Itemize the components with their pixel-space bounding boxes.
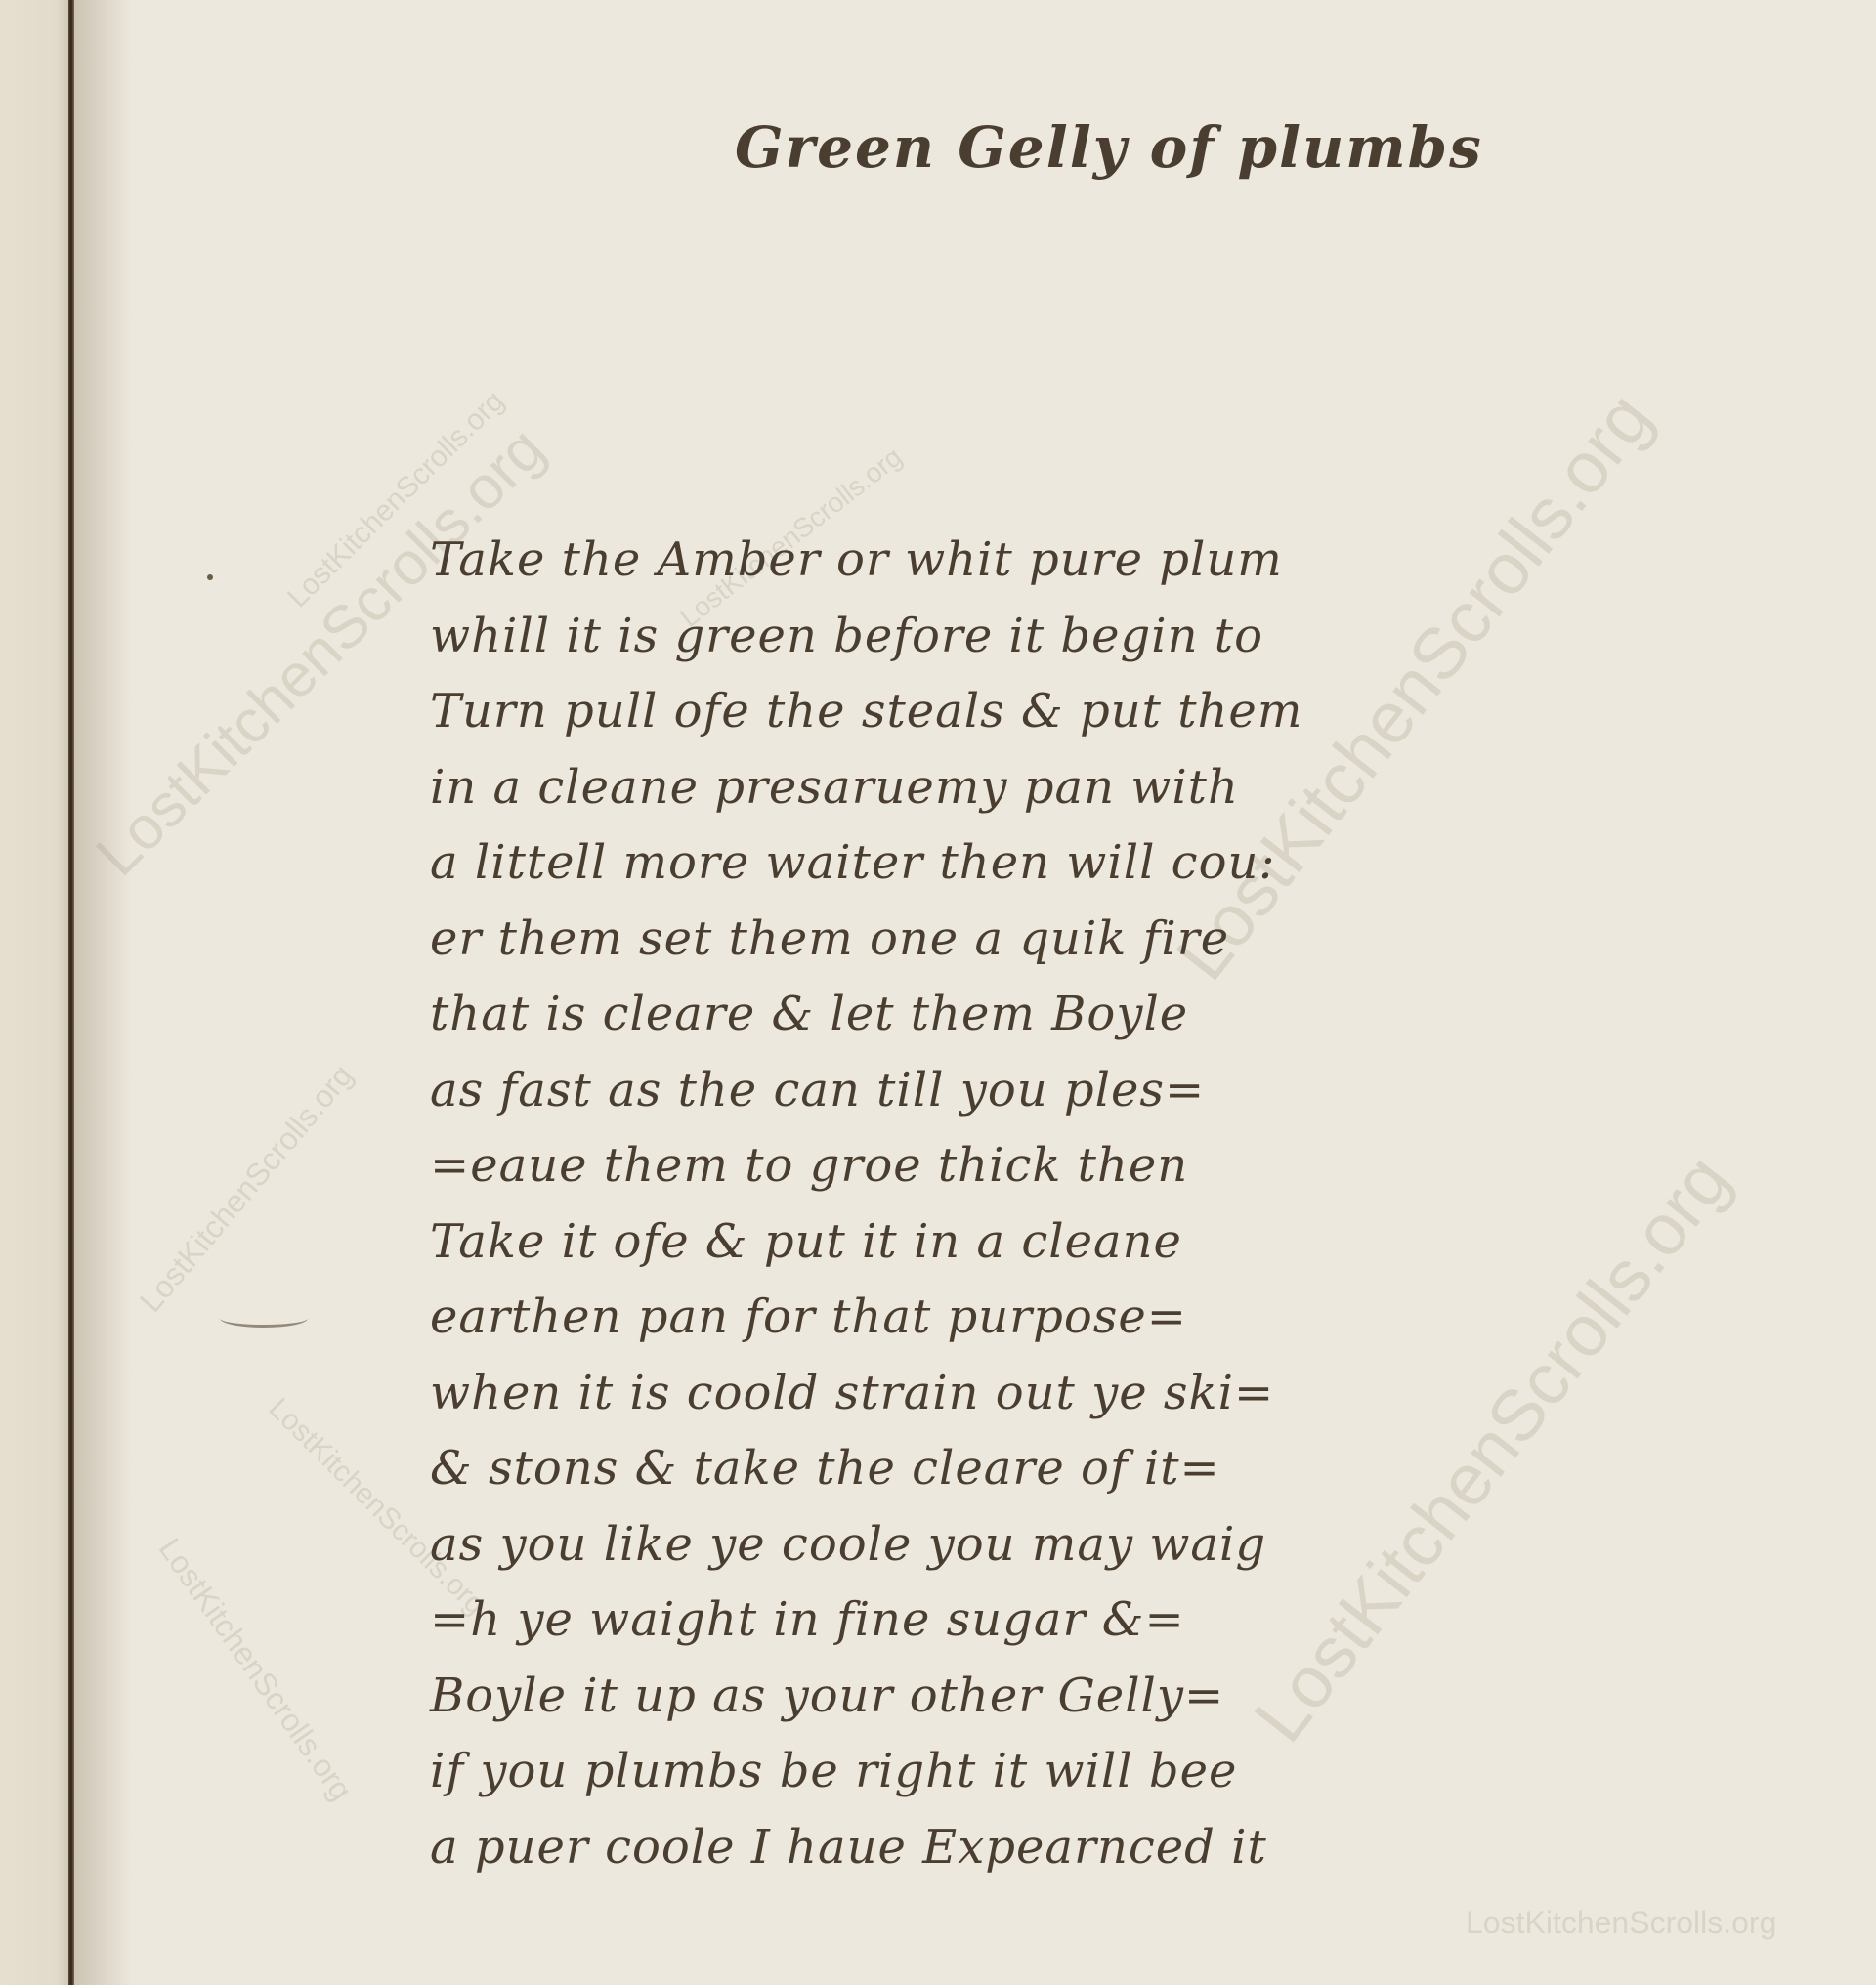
text-line: Boyle it up as your other Gelly= — [430, 1659, 1485, 1735]
text-line: & stons & take the cleare of it= — [430, 1431, 1485, 1507]
ink-dot — [207, 574, 213, 580]
text-line: as you like ye coole you may waig — [430, 1507, 1485, 1584]
text-line: Turn pull ofe the steals & put them — [430, 674, 1485, 750]
text-line: er them set them one a quik fire — [430, 902, 1485, 978]
text-line: whill it is green before it begin to — [430, 599, 1485, 675]
text-line: earthen pan for that purpose= — [430, 1280, 1485, 1356]
text-line: =h ye waight in fine sugar &= — [430, 1583, 1485, 1659]
text-line: as fast as the can till you ples= — [430, 1053, 1485, 1129]
text-line: if you plumbs be right it will bee — [430, 1734, 1485, 1810]
text-line: a littell more waiter then will cou: — [430, 825, 1485, 902]
left-page-edge — [0, 0, 70, 1985]
text-line: that is cleare & let them Boyle — [430, 977, 1485, 1053]
margin-ink-mark — [220, 1309, 308, 1328]
gutter-shadow — [74, 0, 133, 1985]
text-line: when it is coold strain out ye ski= — [430, 1356, 1485, 1432]
text-line: a puer coole I haue Expearnced it — [430, 1810, 1485, 1886]
text-line: in a cleane presaruemy pan with — [430, 750, 1485, 826]
text-line: Take it ofe & put it in a cleane — [430, 1204, 1485, 1281]
recipe-body: Take the Amber or whit pure plum whill i… — [430, 523, 1485, 1885]
text-line: Take the Amber or whit pure plum — [430, 523, 1485, 599]
recipe-title: Green Gelly of plumbs — [735, 114, 1483, 181]
text-line: =eaue them to groe thick then — [430, 1128, 1485, 1204]
